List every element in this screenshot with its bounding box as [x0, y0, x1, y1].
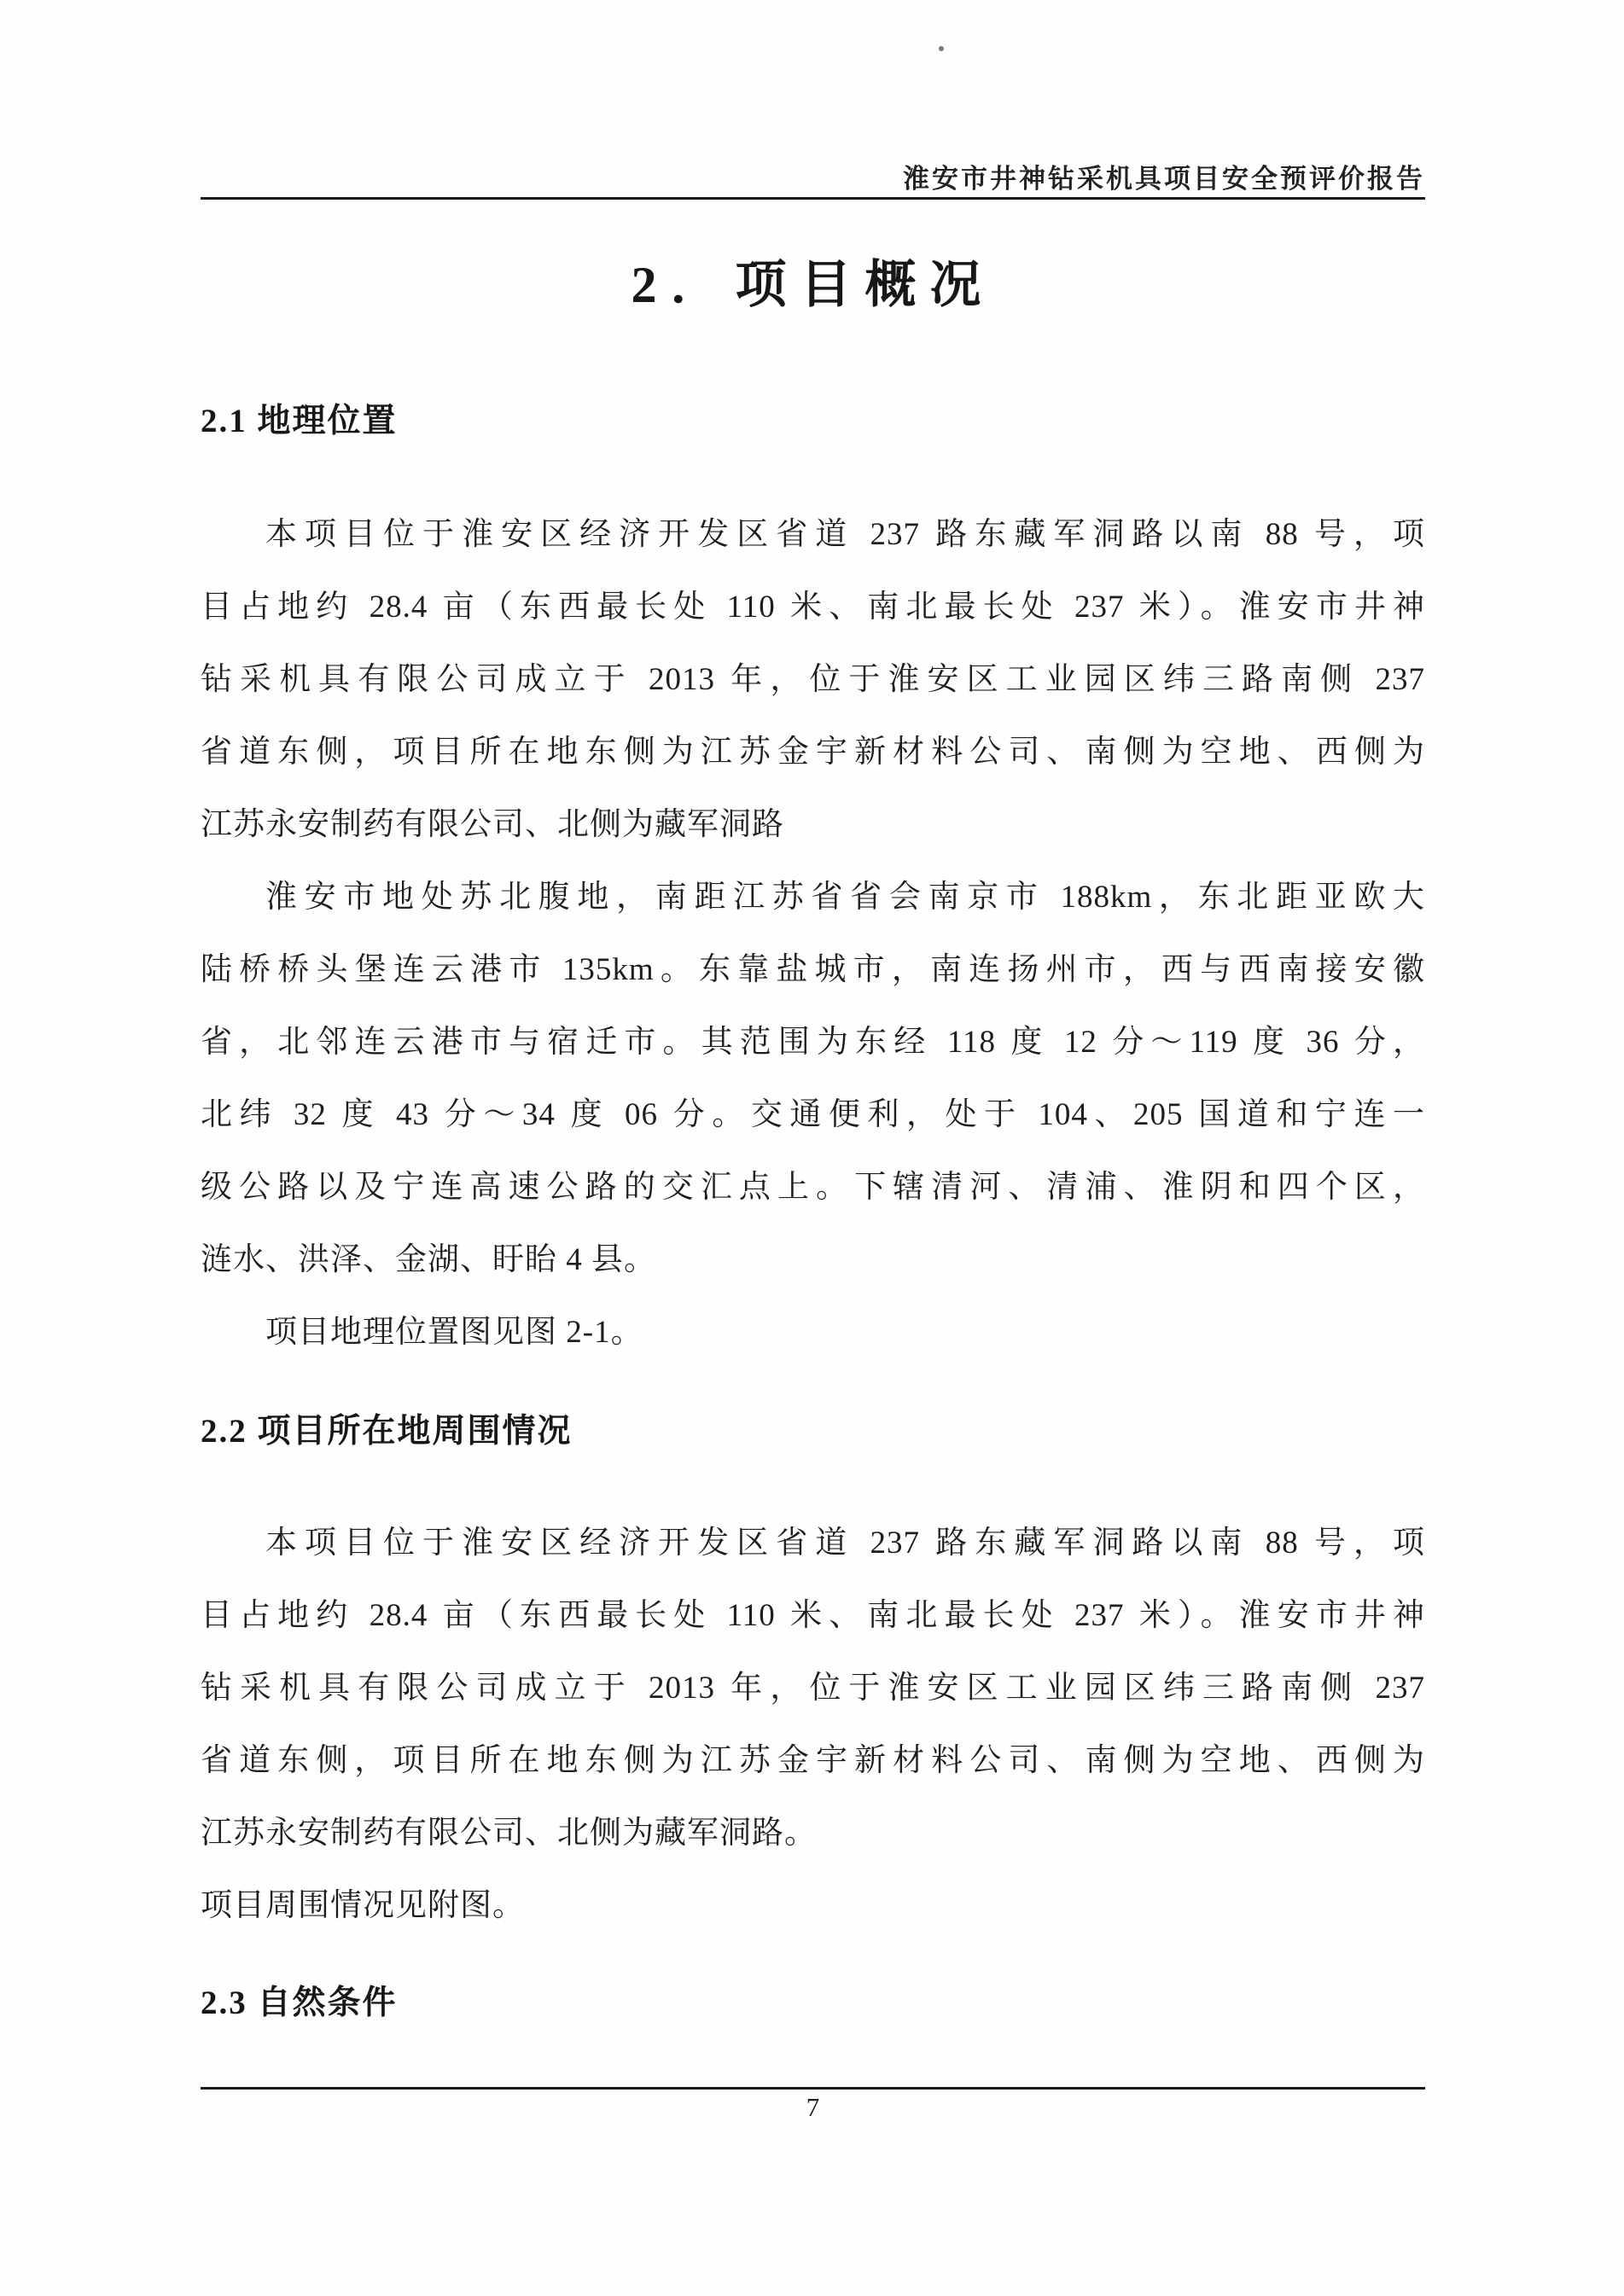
body-text-line: 项目周围情况见附图。	[201, 1869, 1425, 1942]
body-text-line: 江苏永安制药有限公司、北侧为藏军洞路。	[201, 1797, 1425, 1869]
section-heading-2-1: 2.1 地理位置	[201, 394, 1425, 442]
body-text-line: 省道东侧，项目所在地东侧为江苏金宇新材料公司、南侧为空地、西侧为	[201, 1724, 1425, 1797]
section-heading-2-3: 2.3 自然条件	[201, 1976, 1425, 2024]
body-text-line: 省，北邻连云港市与宿迁市。其范围为东经 118 度 12 分～119 度 36 …	[201, 1006, 1425, 1078]
footer-rule	[201, 2087, 1425, 2090]
running-header-title: 淮安市井神钻采机具项目安全预评价报告	[201, 157, 1432, 195]
header-rule	[201, 197, 1425, 200]
section-2-1-body: 本项目位于淮安区经济开发区省道 237 路东藏军洞路以南 88 号，项 目占地约…	[201, 498, 1425, 1369]
body-text-line: 本项目位于淮安区经济开发区省道 237 路东藏军洞路以南 88 号，项	[201, 1507, 1425, 1579]
body-text-line: 北纬 32 度 43 分～34 度 06 分。交通便利，处于 104、205 国…	[201, 1078, 1425, 1151]
body-text-line: 涟水、洪泽、金湖、盱眙 4 县。	[201, 1224, 1425, 1296]
body-text-line: 目占地约 28.4 亩（东西最长处 110 米、南北最长处 237 米）。淮安市…	[201, 1579, 1425, 1652]
chapter-title: 2．项目概况	[201, 244, 1425, 317]
body-text-line: 目占地约 28.4 亩（东西最长处 110 米、南北最长处 237 米）。淮安市…	[201, 571, 1425, 643]
body-text-line: 项目地理位置图见图 2-1。	[201, 1296, 1425, 1369]
document-page: 淮安市井神钻采机具项目安全预评价报告 2．项目概况 2.1 地理位置 本项目位于…	[0, 0, 1624, 2296]
body-text-line: 本项目位于淮安区经济开发区省道 237 路东藏军洞路以南 88 号，项	[201, 498, 1425, 571]
body-text-line: 钻采机具有限公司成立于 2013 年，位于淮安区工业园区纬三路南侧 237	[201, 1652, 1425, 1724]
scan-artifact-dot	[939, 46, 944, 51]
section-2-2-body: 本项目位于淮安区经济开发区省道 237 路东藏军洞路以南 88 号，项 目占地约…	[201, 1507, 1425, 1942]
page-number: 7	[201, 2092, 1425, 2123]
body-text-line: 钻采机具有限公司成立于 2013 年，位于淮安区工业园区纬三路南侧 237	[201, 643, 1425, 716]
body-text-line: 江苏永安制药有限公司、北侧为藏军洞路	[201, 788, 1425, 861]
body-text-line: 淮安市地处苏北腹地，南距江苏省省会南京市 188km，东北距亚欧大	[201, 861, 1425, 933]
section-heading-2-2: 2.2 项目所在地周围情况	[201, 1404, 1425, 1452]
body-text-line: 陆桥桥头堡连云港市 135km。东靠盐城市，南连扬州市，西与西南接安徽	[201, 933, 1425, 1006]
body-text-line: 级公路以及宁连高速公路的交汇点上。下辖清河、清浦、淮阴和四个区，	[201, 1151, 1425, 1224]
body-text-line: 省道东侧，项目所在地东侧为江苏金宇新材料公司、南侧为空地、西侧为	[201, 716, 1425, 788]
